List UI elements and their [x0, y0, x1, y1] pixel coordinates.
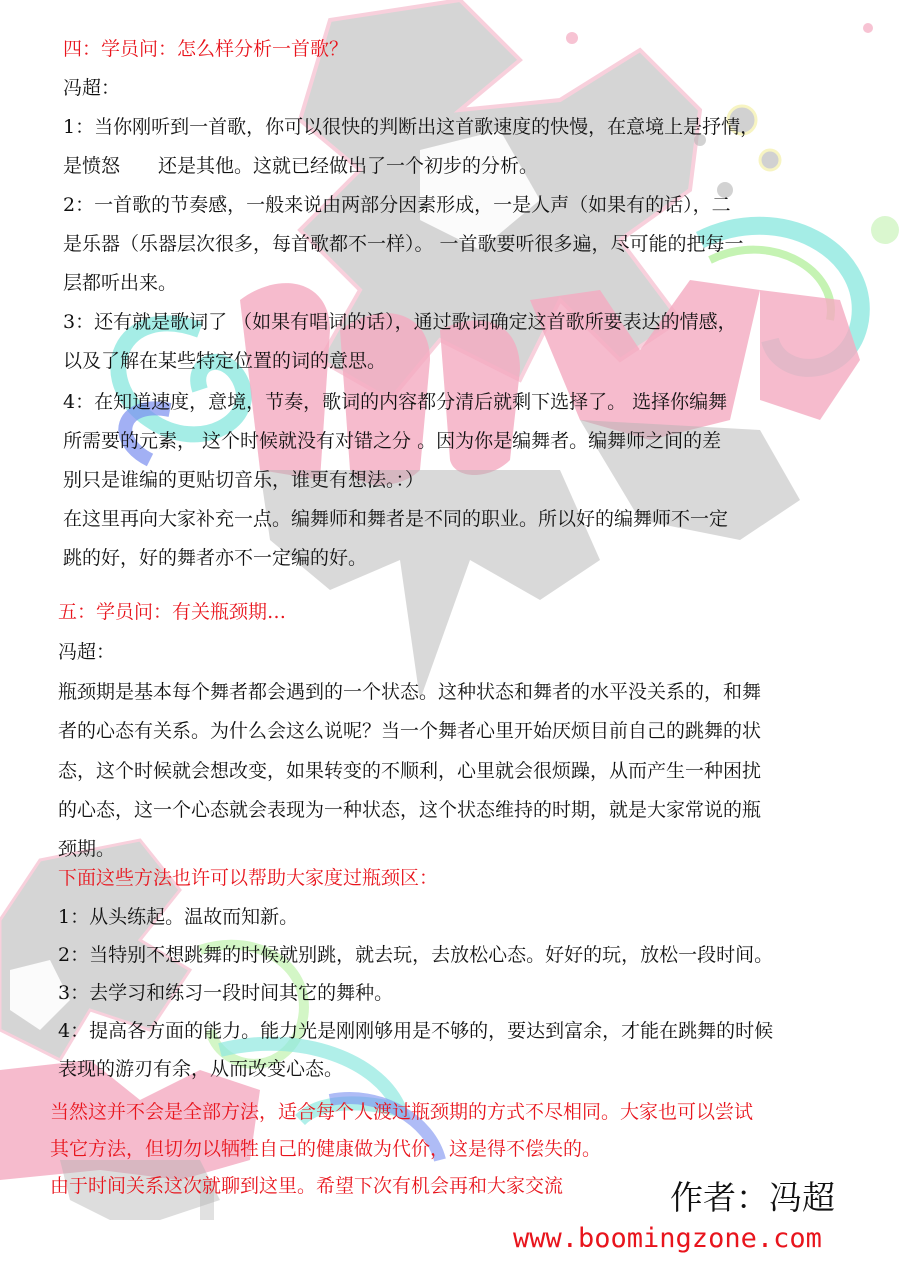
speaker-label: 冯超：	[58, 640, 115, 664]
paragraph-line: 态，这个时候就会想改变，如果转变的不顺利，心里就会很烦躁，从而产生一种困扰	[58, 759, 761, 783]
method-item: 表现的游刃有余，从而改变心态。	[58, 1057, 343, 1081]
paragraph-line: 颈期。	[58, 837, 115, 861]
paragraph-line: 别只是谁编的更贴切音乐，谁更有想法。：）	[63, 468, 424, 492]
method-item: 4：提高各方面的能力。能力光是刚刚够用是不够的，要达到富余，才能在跳舞的时候	[58, 1019, 773, 1043]
paragraph-line: 瓶颈期是基本每个舞者都会遇到的一个状态。这种状态和舞者的水平没关系的，和舞	[58, 680, 761, 704]
author-signature: 作者：冯超	[670, 1178, 835, 1218]
paragraph-line: 是乐器（乐器层次很多，每首歌都不一样）。 一首歌要听很多遍，尽可能的把每一	[63, 232, 744, 256]
method-item: 2：当特别不想跳舞的时候就别跳，就去玩，去放松心态。好好的玩，放松一段时间。	[58, 943, 773, 967]
section-heading-analyze-song: 四：学员问：怎么样分析一首歌？	[63, 37, 348, 61]
paragraph-line: 2：一首歌的节奏感，一般来说由两部分因素形成，一是人声（如果有的话），二	[63, 193, 731, 217]
paragraph-line: 4：在知道速度，意境，节奏，歌词的内容都分清后就剩下选择了。 选择你编舞	[63, 390, 727, 414]
methods-heading: 下面这些方法也许可以帮助大家度过瓶颈区：	[58, 866, 438, 890]
paragraph-line: 3：还有就是歌词了 （如果有唱词的话），通过歌词确定这首歌所要表达的情感，	[63, 310, 737, 334]
paragraph-line: 在这里再向大家补充一点。编舞师和舞者是不同的职业。所以好的编舞师不一定	[63, 507, 728, 531]
closing-line: 其它方法，但切勿以牺牲自己的健康做为代价，这是得不偿失的。	[50, 1137, 601, 1161]
method-item: 1：从头练起。温故而知新。	[58, 905, 298, 929]
paragraph-line: 所需要的元素， 这个时候就没有对错之分 。因为你是编舞者。编舞师之间的差	[63, 429, 721, 453]
closing-line: 由于时间关系这次就聊到这里。希望下次有机会再和大家交流	[50, 1174, 563, 1198]
paragraph-line: 者的心态有关系。为什么会这么说呢？当一个舞者心里开始厌烦目前自己的跳舞的状	[58, 719, 761, 743]
closing-line: 当然这并不会是全部方法，适合每个人渡过瓶颈期的方式不尽相同。大家也可以尝试	[50, 1100, 753, 1124]
paragraph-line: 层都听出来。	[63, 271, 177, 295]
document-page: 四：学员问：怎么样分析一首歌？ 冯超： 1：当你刚听到一首歌，你可以很快的判断出…	[0, 0, 904, 1279]
paragraph-line: 跳的好，好的舞者亦不一定编的好。	[63, 546, 367, 570]
speaker-label: 冯超：	[63, 76, 120, 100]
paragraph-line: 的心态，这一个心态就会表现为一种状态，这个状态维持的时期，就是大家常说的瓶	[58, 798, 761, 822]
paragraph-line: 是愤怒 还是其他。这就已经做出了一个初步的分析。	[63, 154, 538, 178]
paragraph-line: 以及了解在某些特定位置的词的意思。	[63, 349, 386, 373]
website-link[interactable]: www.boomingzone.com	[513, 1223, 822, 1255]
section-heading-bottleneck: 五：学员问：有关瓶颈期…	[58, 600, 286, 624]
method-item: 3：去学习和练习一段时间其它的舞种。	[58, 981, 393, 1005]
paragraph-line: 1：当你刚听到一首歌，你可以很快的判断出这首歌速度的快慢，在意境上是抒情，	[63, 115, 759, 139]
